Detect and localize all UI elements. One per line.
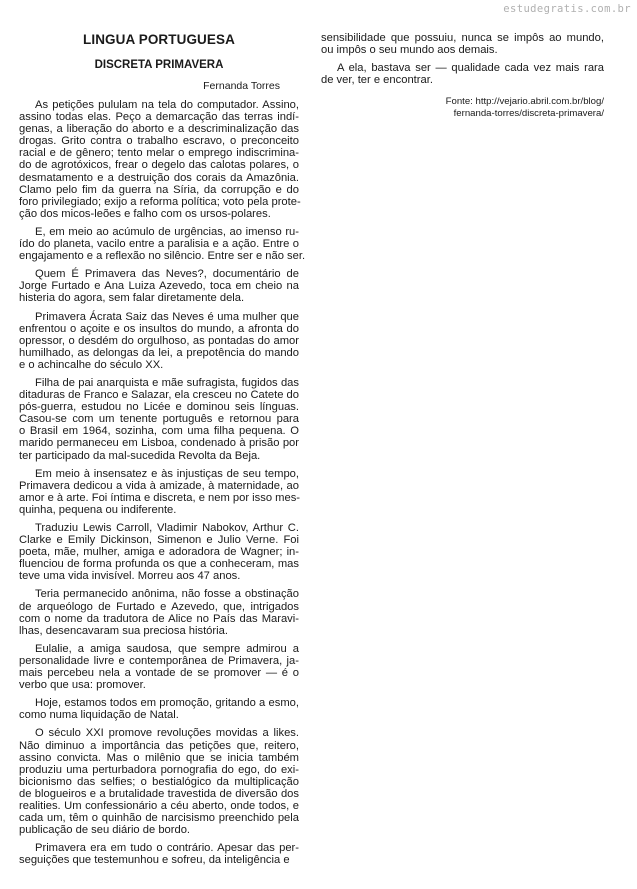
text-line: personalidade livre e contemporânea de P… [19,655,299,667]
paragraph: Traduziu Lewis Carroll, Vladimir Nabokov… [19,522,299,582]
text-line: racial e de gênero; tento melar o empreg… [19,147,299,159]
text-line: lhas, desencavaram sua preciosa história… [19,625,299,637]
text-line: engajamento e a reflexão no silêncio. En… [19,250,299,262]
paragraph: Filha de pai anarquista e mãe sufragista… [19,377,299,462]
text-line: As petições pululam na tela do computado… [19,99,299,111]
text-line: Clarke e Emily Dickinson, Simenon e Juli… [19,534,299,546]
text-line: Hoje, estamos todos em promoção, gritand… [19,697,299,709]
text-line: Primavera Ácrata Saiz das Neves é uma mu… [19,311,299,323]
paragraph: Teria permanecido anônima, não fosse a o… [19,588,299,636]
text-line: Primavera dedicou a vida à amizade, à ma… [19,480,299,492]
paragraph: Hoje, estamos todos em promoção, gritand… [19,697,299,721]
text-line: opressor, o desdém do orgulhoso, as pont… [19,335,299,347]
paragraph: Quem É Primavera das Neves?, documentári… [19,268,299,304]
text-line: produziu uma perturbadora pornografia do… [19,764,299,776]
article-title: DISCRETA PRIMAVERA [19,59,299,71]
text-line: Teria permanecido anônima, não fosse a o… [19,588,299,600]
text-line: assino todas elas. Peço a demarcação das… [19,111,299,123]
subject-heading: LINGUA PORTUGUESA [19,32,299,47]
text-line: o Brasil em 1964, sozinha, com uma filha… [19,425,299,437]
text-line: histeria do agora, sem falar diretamente… [19,292,299,304]
text-line: mais percebeu nela a vontade de se promo… [19,667,299,679]
source-citation: Fonte: http://vejario.abril.com.br/blog/… [446,96,604,121]
text-line: ído do planeta, vacilo entre a paralisia… [19,238,299,250]
paragraph: A ela, bastava ser — qualidade cada vez … [321,62,604,86]
text-line: bicionismo das selfies; o bestialógico d… [19,776,299,788]
text-line: com o nome da tradutora de Alice no País… [19,613,299,625]
text-line: humilhado, as delongas da lei, a prepotê… [19,347,299,359]
text-line: marido permaneceu em Lisboa, condenado à… [19,437,299,449]
text-line: fluenciou de forma profunda os que a con… [19,558,299,570]
text-line: genas, a liberação do aborto e a descrim… [19,123,299,135]
source-line-2: fernanda-torres/discreta-primavera/ [446,108,604,120]
text-line: ou impôs o seu mundo aos demais. [321,44,604,56]
text-line: O século XXI promove revoluções movidas … [19,727,299,739]
text-line: cada um, têm o quinhão de narcisismo pre… [19,812,299,824]
text-line: Primavera era em tudo o contrário. Apesa… [19,842,299,854]
article-body-right: sensibilidade que possuiu, nunca se impô… [321,32,604,92]
text-line: Casou-se com um tenente português e reto… [19,413,299,425]
text-line: realities. Um confessionário a céu abert… [19,800,299,812]
text-line: assino convicta. Mas o milênio que se in… [19,752,299,764]
text-line: E, em meio ao acúmulo de urgências, ao i… [19,226,299,238]
text-line: de ver, ter e encontrar. [321,74,604,86]
text-line: Não diminuo a importância das petições q… [19,740,299,752]
text-line: amor e à arte. Foi íntima e discreta, e … [19,492,299,504]
paragraph: Em meio à insensatez e às injustiças de … [19,468,299,516]
text-line: A ela, bastava ser — qualidade cada vez … [321,62,604,74]
source-line-1: Fonte: http://vejario.abril.com.br/blog/ [446,96,604,108]
text-line: quinha, pequena ou indiferente. [19,504,299,516]
paragraph: As petições pululam na tela do computado… [19,99,299,220]
text-line: poeta, mãe, mulher, amiga e adoradora de… [19,546,299,558]
text-line: e o achincalhe do século XX. [19,359,299,371]
text-line: sensibilidade que possuiu, nunca se impô… [321,32,604,44]
text-line: publicação de seu diário de bordo. [19,824,299,836]
text-line: desmatamento e a destruição dos corais d… [19,172,299,184]
paragraph: sensibilidade que possuiu, nunca se impô… [321,32,604,56]
text-line: Clamo pelo fim da guerra na Síria, da co… [19,184,299,196]
watermark: estudegratis.com.br [503,3,631,15]
text-line: Jorge Furtado e Ana Luiza Azevedo, toca … [19,280,299,292]
text-line: enfrentou o açoite e os insultos do mund… [19,323,299,335]
text-line: ção dos micos-leões e falho com os ursos… [19,208,299,220]
text-line: Traduziu Lewis Carroll, Vladimir Nabokov… [19,522,299,534]
text-line: ditaduras de Franco e Salazar, ela cresc… [19,389,299,401]
paragraph: Eulalie, a amiga saudosa, que sempre adm… [19,643,299,691]
text-line: verbo que usa: promover. [19,679,299,691]
text-line: como numa liquidação de Natal. [19,709,299,721]
text-line: drogas. Grito contra o trabalho escravo,… [19,135,299,147]
paragraph: Primavera era em tudo o contrário. Apesa… [19,842,299,866]
text-line: ter participado da mal-sucedida Revolta … [19,450,299,462]
text-line: de blogueiros e a brutalidade travestida… [19,788,299,800]
paragraph: Primavera Ácrata Saiz das Neves é uma mu… [19,311,299,371]
author-name: Fernanda Torres [203,80,280,92]
article-body-left: As petições pululam na tela do computado… [19,99,299,872]
text-line: do de agrotóxicos, frear o degelo das ca… [19,159,299,171]
text-line: seguições que testemunhou e sofreu, da i… [19,854,299,866]
text-line: foro privilegiado; exijo a reforma polít… [19,196,299,208]
text-line: Em meio à insensatez e às injustiças de … [19,468,299,480]
paragraph: O século XXI promove revoluções movidas … [19,727,299,836]
text-line: de arqueólogo de Furtado e Azevedo, que,… [19,601,299,613]
text-line: Eulalie, a amiga saudosa, que sempre adm… [19,643,299,655]
text-line: teve uma vida invisível. Morreu aos 47 a… [19,570,299,582]
text-line: pós-guerra, estudou no Licée e dominou s… [19,401,299,413]
paragraph: E, em meio ao acúmulo de urgências, ao i… [19,226,299,262]
text-line: Filha de pai anarquista e mãe sufragista… [19,377,299,389]
text-line: Quem É Primavera das Neves?, documentári… [19,268,299,280]
